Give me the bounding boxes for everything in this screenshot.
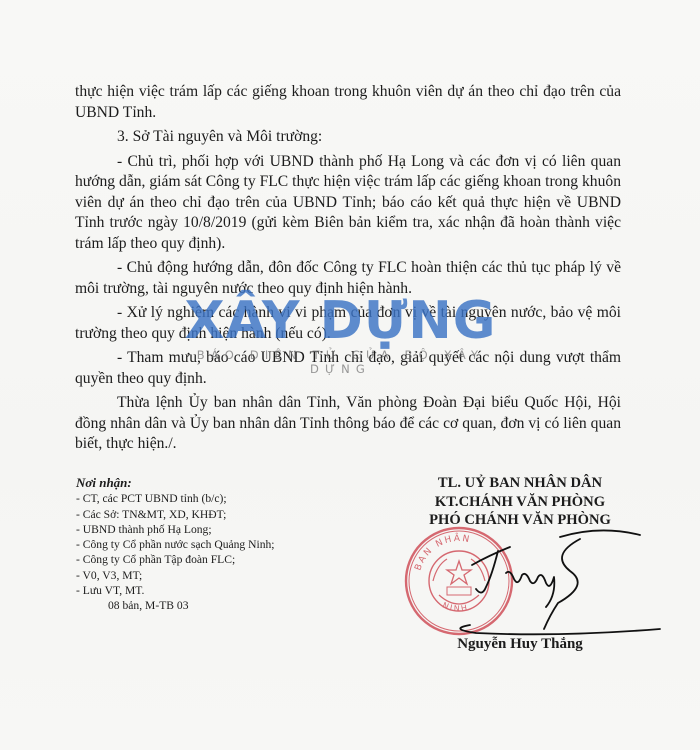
signature-title-2: KT.CHÁNH VĂN PHÒNG — [395, 493, 645, 512]
document-page: thực hiện việc trám lấp các giếng khoan … — [0, 0, 700, 750]
recipients-block: Nơi nhận: - CT, các PCT UBND tỉnh (b/c);… — [76, 475, 306, 614]
paragraph-guide: - Chủ động hướng dẫn, đôn đốc Công ty FL… — [75, 258, 621, 299]
signature-title-1: TL. UỶ BAN NHÂN DÂN — [395, 474, 645, 493]
document-body: thực hiện việc trám lấp các giếng khoan … — [75, 82, 621, 459]
paragraph-supervise: - Chủ trì, phối hợp với UBND thành phố H… — [75, 152, 621, 255]
section-heading-3: 3. Sở Tài nguyên và Môi trường: — [75, 127, 621, 148]
recipient-item: - UBND thành phố Hạ Long; — [76, 522, 306, 537]
signature-block: TL. UỶ BAN NHÂN DÂN KT.CHÁNH VĂN PHÒNG P… — [395, 474, 645, 530]
paragraph-continuation: thực hiện việc trám lấp các giếng khoan … — [75, 82, 621, 123]
recipient-item: - Công ty Cổ phần Tập đoàn FLC; — [76, 552, 306, 567]
recipient-item: - Công ty Cổ phần nước sạch Quảng Ninh; — [76, 537, 306, 552]
paragraph-handle-violations: - Xử lý nghiêm các hành vi vi phạm của đ… — [75, 303, 621, 344]
recipients-heading: Nơi nhận: — [76, 475, 306, 490]
handwritten-signature-icon — [440, 525, 670, 645]
recipient-item: - Các Sở: TN&MT, XD, KHĐT; — [76, 507, 306, 522]
recipient-item: - V0, V3, MT; — [76, 568, 306, 583]
copies-note: 08 bản, M-TB 03 — [76, 598, 306, 613]
paragraph-closing: Thừa lệnh Ủy ban nhân dân Tỉnh, Văn phòn… — [75, 393, 621, 455]
paragraph-advise: - Tham mưu, báo cáo UBND Tỉnh chỉ đạo, g… — [75, 348, 621, 389]
recipient-item: - CT, các PCT UBND tỉnh (b/c); — [76, 491, 306, 506]
signer-name: Nguyễn Huy Thắng — [440, 636, 600, 653]
recipient-item: - Lưu VT, MT. — [76, 583, 306, 598]
